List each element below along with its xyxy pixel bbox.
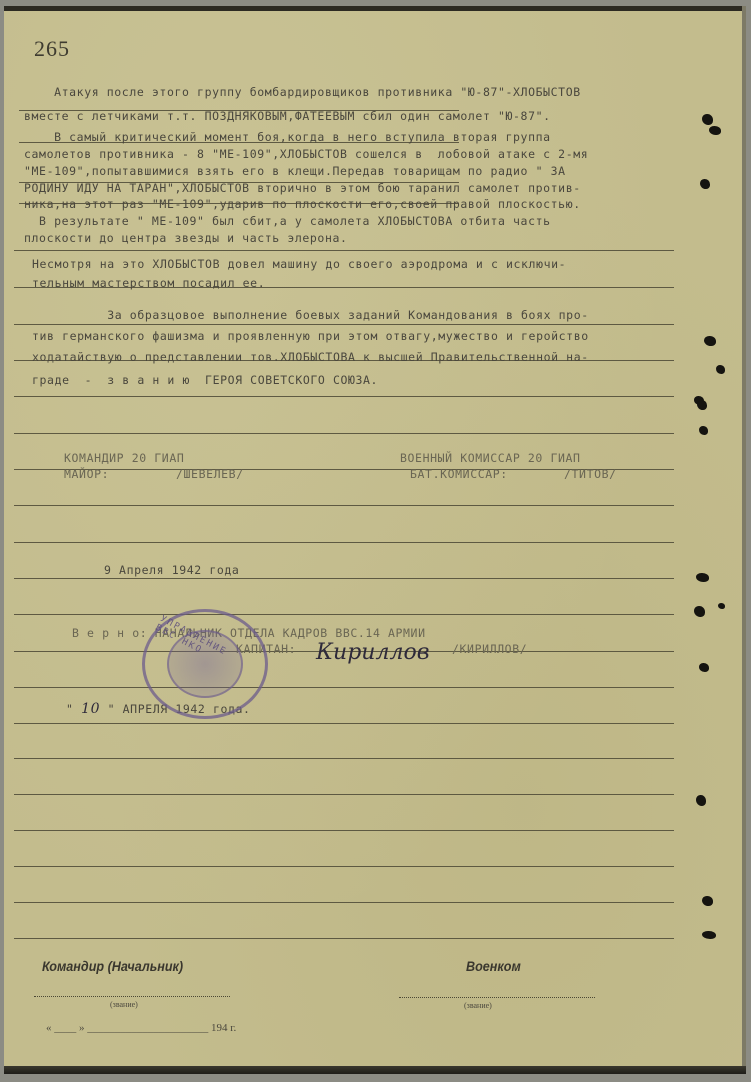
rank-line-left [34,996,230,997]
text-line: тельным мастерством посадил ее. [32,276,265,290]
ruled-line [14,938,674,939]
text-line: вместе с летчиками т.т. ПОЗДНЯКОВЫМ,ФАТЕ… [24,109,551,123]
document-page: 265 Атакуя после этого группу бомбардиро… [4,6,746,1074]
text-line: За образцовое выполнение боевых заданий … [32,308,589,322]
text-line: самолетов противника - 8 "МЕ-109",ХЛОБЫС… [24,147,588,161]
commander-label: Командир (Начальник) [42,958,183,974]
ruled-line [14,324,674,325]
ruled-line [14,250,674,251]
binding-hole [699,663,709,672]
text-line: РОДИНУ ИДУ НА ТАРАН",ХЛОБЫСТОВ вторично … [24,181,581,195]
binding-hole [696,795,706,806]
official-stamp: УПРАВЛЕНИЕ ВВС НКО [142,609,268,719]
commissar-rank: БАТ.КОМИССАР: [410,467,508,481]
rank-line-right [399,997,595,998]
binding-hole [699,426,708,435]
commander-title: КОМАНДИР 20 ГИАП [64,451,184,465]
ruled-line [14,505,674,506]
ruled-line [14,396,674,397]
text-line: ходатайствую о представлении тов.ХЛОБЫСТ… [32,350,589,364]
handwritten-signature: Кириллов [316,640,430,665]
text-line: Атакуя после этого группу бомбардировщик… [24,85,581,99]
text-line: В результате " МЕ-109" был сбит,а у само… [24,214,551,228]
commander-name: /ШЕВЕЛЕВ/ [176,467,244,481]
binding-hole [700,179,710,189]
binding-hole [709,126,721,135]
rank-caption-left: (звание) [110,1000,138,1009]
ruled-line [14,687,674,688]
binding-hole [716,365,725,374]
text-line: тив германского фашизма и проявленную пр… [32,329,589,343]
binding-hole [718,603,725,609]
commissar-title: ВОЕННЫЙ КОМИССАР 20 ГИАП [400,451,581,465]
document-date: 9 Апреля 1942 года [104,563,239,577]
binding-hole [702,114,713,125]
binding-hole [697,400,707,410]
ruled-line [14,433,674,434]
binding-hole [696,573,709,582]
page-bottom-edge [4,1066,746,1074]
commissar-name: /ТИТОВ/ [564,467,617,481]
ruled-line [14,723,674,724]
binding-hole [702,931,716,939]
verification-name: /КИРИЛЛОВ/ [452,642,527,656]
ruled-line [14,578,674,579]
text-line: плоскости до центра звезды и часть элеро… [24,231,348,245]
ruled-line [14,866,674,867]
page-top-edge [4,6,746,11]
binding-hole [702,896,713,906]
rank-caption-right: (звание) [464,1001,492,1010]
commissar-label: Военком [466,958,521,974]
text-line: граде - з в а н и ю ГЕРОЯ СОВЕТСКОГО СОЮ… [32,373,378,387]
ruled-line [14,830,674,831]
text-line: ника,на этот раз "МЕ-109",ударив по плос… [24,197,581,211]
ruled-line [14,542,674,543]
ruled-line [14,614,674,615]
ruled-line [14,902,674,903]
page-right-edge [742,6,746,1074]
binding-hole [694,606,705,617]
text-line: Несмотря на это ХЛОБЫСТОВ довел машину д… [32,257,566,271]
page-number: 265 [34,36,70,62]
commander-rank: МАЙОР: [64,467,109,481]
ruled-line [14,794,674,795]
year-line: « ____ » ______________________ 194 г. [46,1022,236,1034]
binding-hole [704,336,716,346]
text-line: "МЕ-109",попытавшимися взять его в клещи… [24,164,566,178]
text-line: В самый критический момент боя,когда в н… [24,130,551,144]
ruled-line [14,758,674,759]
verification-day: 10 [81,701,100,717]
